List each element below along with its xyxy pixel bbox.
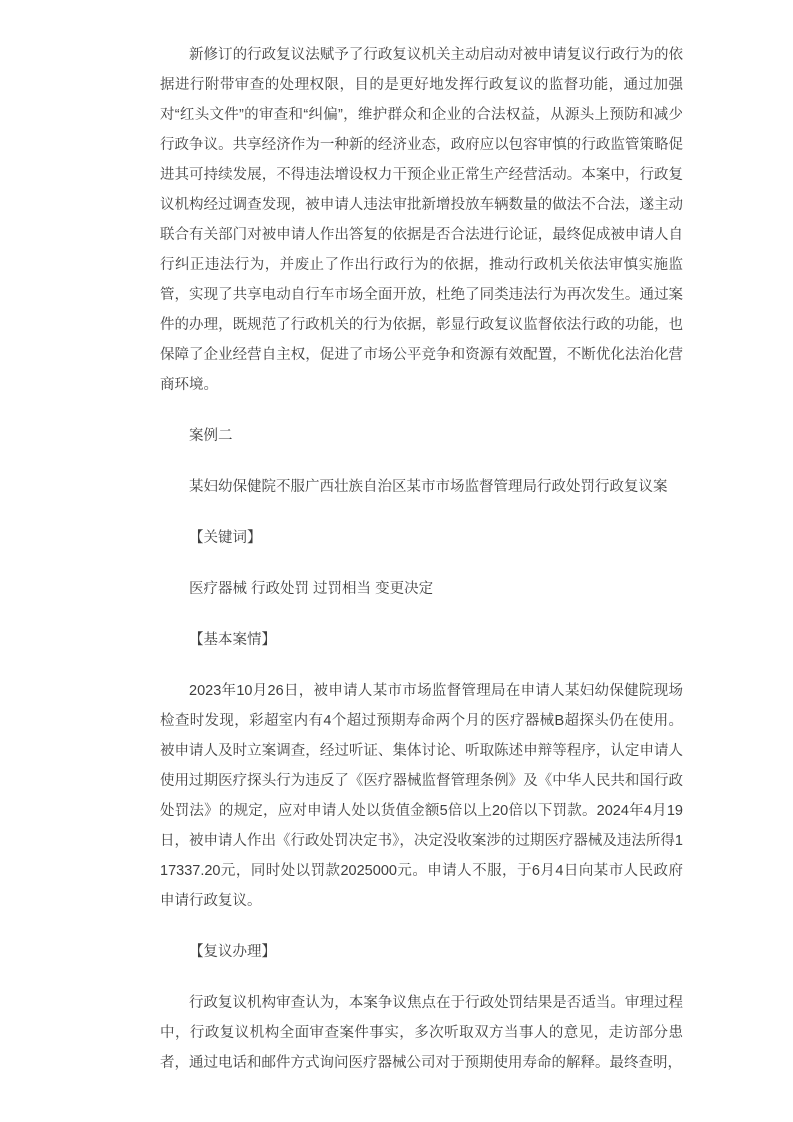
basic-facts-paragraph: 2023年10月26日，被申请人某市市场监督管理局在申请人某妇幼保健院现场检查时… [160,676,683,916]
intro-paragraph: 新修订的行政复议法赋予了行政复议机关主动启动对被申请复议行政行为的依据进行附带审… [160,40,683,400]
document-page: 新修订的行政复议法赋予了行政复议机关主动启动对被申请复议行政行为的依据进行附带审… [0,0,793,1122]
review-handling-heading: 【复议办理】 [160,937,683,967]
case-title: 某妇幼保健院不服广西壮族自治区某市市场监督管理局行政处罚行政复议案 [160,472,683,502]
basic-facts-heading: 【基本案情】 [160,625,683,655]
review-handling-paragraph: 行政复议机构审查认为，本案争议焦点在于行政处罚结果是否适当。审理过程中，行政复议… [160,988,683,1078]
case-number-heading: 案例二 [160,421,683,451]
keywords-heading: 【关键词】 [160,523,683,553]
keywords-line: 医疗器械 行政处罚 过罚相当 变更决定 [160,574,683,604]
